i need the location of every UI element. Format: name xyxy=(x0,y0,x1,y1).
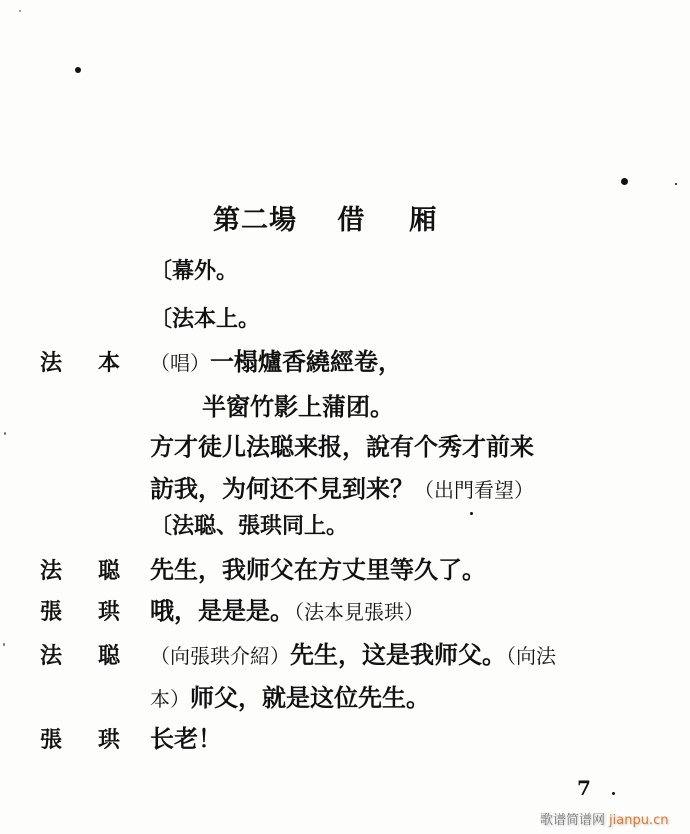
stage-direction: 〔幕外。 xyxy=(150,257,238,287)
dialogue-line: 先生，我师父在方丈里等久了。 xyxy=(150,555,486,585)
speaker-char: 法 xyxy=(40,642,98,672)
speaker-label: 法本 xyxy=(40,349,130,379)
speaker-char: 聪 xyxy=(98,559,120,584)
acting-direction: （法本見張珙） xyxy=(294,600,424,624)
dialogue-line: 哦，是是是。（法本見張珙） xyxy=(150,596,424,627)
verse-continuation: 半窗竹影上蒲团。 xyxy=(202,392,394,422)
speaker-char: 法 xyxy=(40,349,98,379)
acting-direction: 本） xyxy=(150,687,190,711)
watermark: 歌谱简谱网jianpu.cn xyxy=(540,809,668,828)
dialogue-line: （唱）一榻爐香繞經卷， xyxy=(150,347,402,378)
dialogue-text: 先生，这是我师父。 xyxy=(290,641,506,669)
dialogue-continuation: 方才徒儿法聪来报，說有个秀才前来 xyxy=(150,432,534,462)
speaker-char: 本 xyxy=(98,351,120,376)
acting-direction: （出門看望） xyxy=(414,478,534,502)
dialogue-continuation: 訪我，为何还不見到来？（出門看望） xyxy=(150,474,534,505)
acting-direction: （向法 xyxy=(506,644,556,668)
speaker-label: 法聪 xyxy=(40,557,130,587)
dialogue-continuation: 本）师父，就是这位先生。 xyxy=(150,683,430,714)
speaker-char: 張 xyxy=(40,726,98,756)
speaker-char: 珙 xyxy=(98,728,120,753)
speaker-label: 張珙 xyxy=(40,598,130,628)
scene-name-char: 借 xyxy=(337,198,365,237)
dialogue-text: 师父，就是这位先生。 xyxy=(190,684,430,712)
scan-speck xyxy=(621,178,628,185)
scan-speck xyxy=(675,183,677,185)
watermark-site-name: 歌谱简谱网 xyxy=(540,813,605,828)
dialogue-text: 哦，是是是。 xyxy=(150,597,294,625)
scan-speck xyxy=(612,792,615,795)
dialogue-line: 长老！ xyxy=(150,724,222,754)
scene-number: 第二場 xyxy=(213,205,297,236)
dialogue-text: 訪我，为何还不見到来？ xyxy=(150,475,414,503)
scan-speck xyxy=(19,10,21,12)
speaker-label: 法聪 xyxy=(40,642,130,672)
scanned-page: 第二場 借厢 〔幕外。 〔法本上。 法本 （唱）一榻爐香繞經卷， 半窗竹影上蒲团… xyxy=(0,0,690,834)
speaker-char: 張 xyxy=(40,598,98,628)
acting-direction: （唱） xyxy=(150,351,210,375)
speaker-char: 聪 xyxy=(98,644,120,669)
scan-speck xyxy=(4,432,6,435)
dialogue-text: 一榻爐香繞經卷， xyxy=(210,348,402,376)
scan-speck xyxy=(3,643,5,646)
watermark-url: jianpu.cn xyxy=(609,813,668,828)
scene-title: 第二場 借厢 xyxy=(213,198,437,237)
speaker-char: 珙 xyxy=(98,600,120,625)
scene-name-char: 厢 xyxy=(409,198,437,237)
speaker-label: 張珙 xyxy=(40,726,130,756)
scan-speck xyxy=(75,67,81,73)
stage-direction: 〔法聪、張珙同上。 xyxy=(150,512,348,542)
scene-name: 借厢 xyxy=(337,205,437,236)
acting-direction: （向張珙介紹） xyxy=(150,644,290,668)
dialogue-line: （向張珙介紹）先生，这是我师父。（向法 xyxy=(150,640,556,671)
stage-direction: 〔法本上。 xyxy=(150,305,260,335)
page-number: 7 xyxy=(577,776,591,800)
scan-speck xyxy=(470,512,473,515)
speaker-char: 法 xyxy=(40,557,98,587)
